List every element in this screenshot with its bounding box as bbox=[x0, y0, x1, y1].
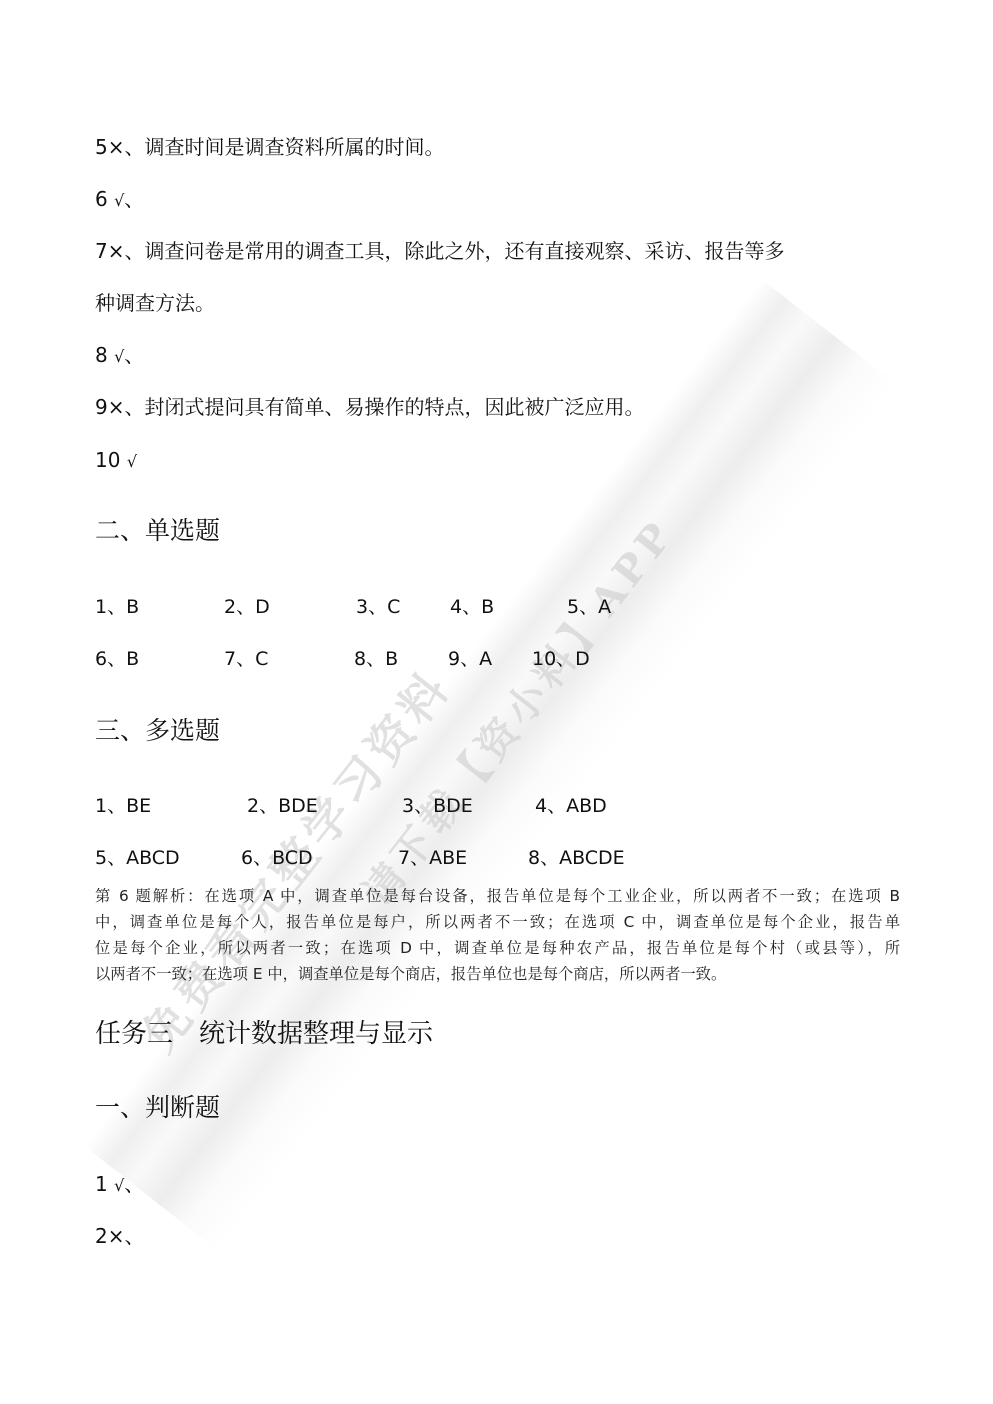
judgment-item-6: 6 √、 bbox=[95, 185, 144, 215]
section-title-judgment: 一、判断题 bbox=[95, 1092, 220, 1124]
judgment-item-7: 7×、调查问卷是常用的调查工具，除此之外，还有直接观察、采访、报告等多 bbox=[95, 237, 785, 265]
cross-mark-icon: × bbox=[108, 1224, 125, 1248]
multi-choice-answer: 4、ABD bbox=[535, 793, 607, 819]
single-choice-answer: 6、B bbox=[95, 646, 139, 672]
single-choice-answer: 3、C bbox=[356, 594, 400, 620]
item-number: 6 bbox=[95, 187, 108, 211]
section-title-single-choice: 二、单选题 bbox=[95, 515, 220, 547]
judgment-item-10: 10 √ bbox=[95, 446, 137, 476]
item-number: 8 bbox=[95, 343, 108, 367]
item-explanation: 、封闭式提问具有简单、易操作的特点，因此被广泛应用。 bbox=[125, 395, 645, 419]
multi-choice-answer: 5、ABCD bbox=[95, 845, 180, 871]
single-choice-answer: 9、A bbox=[448, 646, 492, 672]
item-explanation: 、 bbox=[125, 1224, 145, 1248]
single-choice-answer: 1、B bbox=[95, 594, 139, 620]
item-number: 9 bbox=[95, 395, 108, 419]
item-explanation: 、调查问卷是常用的调查工具，除此之外，还有直接观察、采访、报告等多 bbox=[125, 239, 785, 263]
judgment-item-7-continued: 种调查方法。 bbox=[95, 289, 215, 317]
document-page: 免费看完整学习资料 请下载【资小料】APP 5×、调查时间是调查资料所属的时间。… bbox=[0, 0, 993, 1404]
item-number: 1 bbox=[95, 1172, 108, 1196]
item-explanation: 、 bbox=[124, 187, 144, 211]
task3-judgment-item-1: 1 √、 bbox=[95, 1170, 144, 1200]
analysis-line: 以两者不一致；在选项 E 中，调查单位是每个商店，报告单位也是每个商店，所以两者… bbox=[95, 961, 900, 987]
single-choice-answer: 10、D bbox=[532, 646, 590, 672]
cross-mark-icon: × bbox=[108, 239, 125, 263]
multi-choice-answer: 3、BDE bbox=[402, 793, 473, 819]
multi-choice-answer: 7、ABE bbox=[398, 845, 467, 871]
single-choice-answer: 4、B bbox=[450, 594, 494, 620]
multi-choice-answer: 1、BE bbox=[95, 793, 151, 819]
item-number: 7 bbox=[95, 239, 108, 263]
multi-choice-answer: 6、BCD bbox=[241, 845, 313, 871]
item-explanation: 、调查时间是调查资料所属的时间。 bbox=[125, 135, 445, 159]
question-6-analysis: 第 6 题解析：在选项 A 中，调查单位是每台设备，报告单位是每个工业企业，所以… bbox=[95, 883, 900, 987]
judgment-item-8: 8 √、 bbox=[95, 341, 144, 371]
item-number: 10 bbox=[95, 448, 120, 472]
section-title-multi-choice: 三、多选题 bbox=[95, 715, 220, 747]
single-choice-answer: 8、B bbox=[354, 646, 398, 672]
check-mark-icon: √ bbox=[127, 452, 137, 471]
single-choice-answer: 5、A bbox=[567, 594, 611, 620]
judgment-item-9: 9×、封闭式提问具有简单、易操作的特点，因此被广泛应用。 bbox=[95, 393, 645, 421]
cross-mark-icon: × bbox=[108, 395, 125, 419]
multi-choice-answer: 2、BDE bbox=[247, 793, 318, 819]
multi-choice-answer: 8、ABCDE bbox=[528, 845, 625, 871]
item-number: 5 bbox=[95, 135, 108, 159]
check-mark-icon: √ bbox=[114, 191, 124, 210]
document-content: 5×、调查时间是调查资料所属的时间。 6 √、 7×、调查问卷是常用的调查工具，… bbox=[0, 0, 993, 1404]
item-number: 2 bbox=[95, 1224, 108, 1248]
task3-judgment-item-2: 2×、 bbox=[95, 1222, 145, 1250]
check-mark-icon: √ bbox=[114, 347, 124, 366]
single-choice-answer: 7、C bbox=[224, 646, 268, 672]
analysis-line: 第 6 题解析：在选项 A 中，调查单位是每台设备，报告单位是每个工业企业，所以… bbox=[95, 883, 900, 909]
analysis-line: 中，调查单位是每个人，报告单位是每户，所以两者不一致；在选项 C 中，调查单位是… bbox=[95, 909, 900, 935]
cross-mark-icon: × bbox=[108, 135, 125, 159]
single-choice-answer: 2、D bbox=[224, 594, 270, 620]
item-explanation: 、 bbox=[124, 1172, 144, 1196]
judgment-item-5: 5×、调查时间是调查资料所属的时间。 bbox=[95, 133, 445, 161]
item-explanation: 、 bbox=[124, 343, 144, 367]
analysis-line: 位是每个企业，所以两者一致；在选项 D 中，调查单位是每种农产品，报告单位是每个… bbox=[95, 935, 900, 961]
check-mark-icon: √ bbox=[114, 1176, 124, 1195]
task-title: 任务三 统计数据整理与显示 bbox=[95, 1018, 433, 1050]
